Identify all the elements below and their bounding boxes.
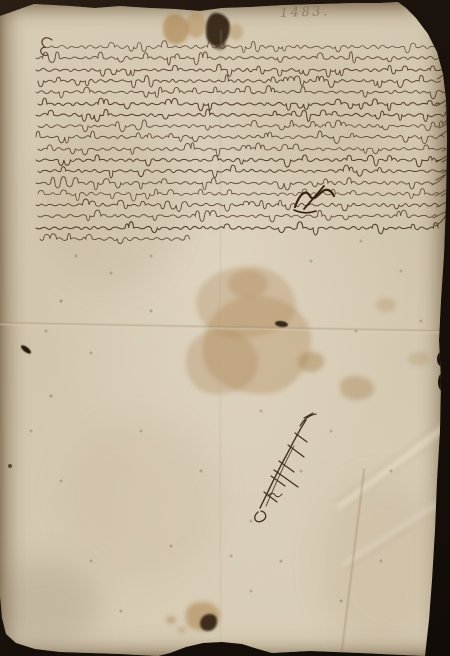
- inline-rubric: [291, 183, 337, 213]
- small-stain: [166, 616, 176, 624]
- ink-dash-mark: [20, 344, 33, 355]
- small-stain: [178, 627, 186, 633]
- small-stain: [298, 352, 324, 372]
- paper-mottle: [0, 560, 100, 650]
- paper-mottle: [60, 420, 220, 580]
- ink-dot: [8, 464, 12, 468]
- manuscript-page: + 1483.: [0, 0, 450, 656]
- manuscript-text-block: [0, 0, 450, 260]
- notarial-signature-rubric: [238, 404, 338, 522]
- photograph-background: + 1483.: [0, 0, 450, 656]
- water-stain: [228, 270, 268, 298]
- small-stain: [376, 298, 396, 312]
- bottom-dark-spot: [200, 614, 217, 631]
- foxing-specks: [0, 0, 2, 2]
- cross-mark: +: [198, 0, 206, 11]
- edge-tear-blob: [437, 350, 450, 367]
- edge-tear-blob: [438, 372, 450, 392]
- small-stain: [408, 352, 430, 366]
- small-stain: [340, 376, 374, 400]
